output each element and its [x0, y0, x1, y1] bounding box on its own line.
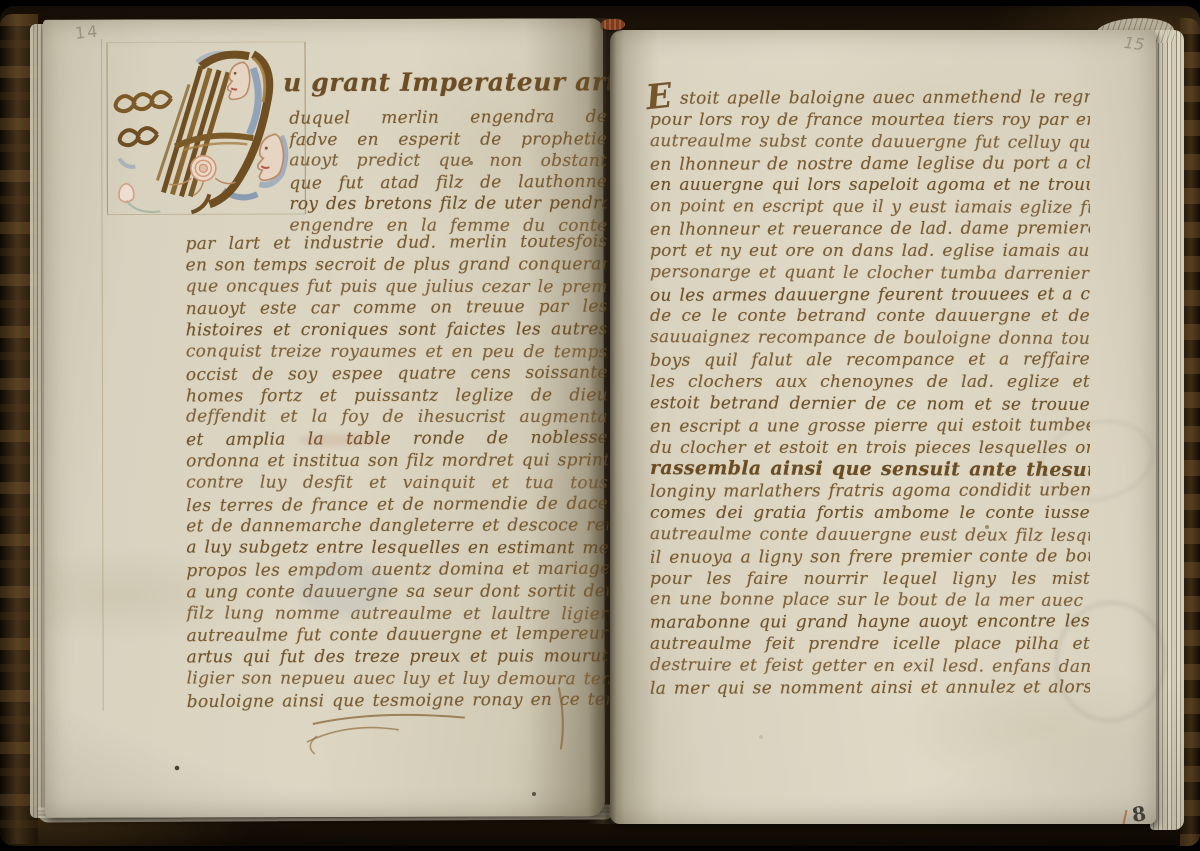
manuscript-line: longiny marlathers fratris agoma condidi…	[650, 480, 1090, 503]
manuscript-line: histoires et croniques sont faictes les …	[186, 319, 608, 342]
manuscript-line: autreaulme feit prendre icelle place pil…	[650, 634, 1090, 656]
manuscript-line: personarge et quant le clocher tumba dar…	[650, 262, 1090, 286]
manuscript-line: autreaulme subst conte dauuergne fut cel…	[650, 131, 1090, 155]
manuscript-line: occist de soy espee quatre cens soissant…	[186, 362, 608, 386]
manuscript-line: stoit apelle baloigne auec anmethend le …	[650, 88, 1090, 111]
manuscript-line: propos les empdom auentz domina et maria…	[186, 558, 608, 582]
manuscript-line: auoyt predict que non obstant	[289, 151, 607, 173]
margin-rule	[101, 39, 104, 711]
manuscript-line: a ung conte dauuergne sa seur dont sorti…	[186, 581, 608, 604]
manuscript-line: les terres de france et de normendie de …	[186, 493, 608, 517]
folio-number-right: 15	[1123, 33, 1146, 54]
manuscript-line: et amplia la table ronde de noblesse	[186, 428, 608, 452]
illuminated-initial-artwork	[105, 40, 307, 217]
manuscript-line: autreaulme fut conte dauuergne et lemper…	[187, 624, 609, 648]
flourish-strokes	[301, 683, 601, 768]
descender-flourish	[301, 683, 601, 772]
manuscript-line: que fut atad filz de lauthonne	[289, 171, 607, 195]
manuscript-line: sauuaignez recompance de bouloigne donna…	[650, 327, 1090, 351]
manuscript-line: comes dei gratia fortis ambome le conte …	[650, 503, 1090, 525]
manuscript-line: a luy subgetz entre lesquelles en estima…	[186, 538, 608, 561]
manuscript-line: on point en escript que il y eust iamais…	[650, 196, 1090, 220]
manuscript-line: en une bonne place sur le bout de la mer…	[650, 589, 1090, 613]
manuscript-line: de ce le conte betrand conte dauuergne e…	[650, 306, 1090, 328]
manuscript-line: et de dannemarche dangleterre et descoce…	[186, 516, 608, 539]
manuscript-line: duquel merlin engendra de	[289, 107, 607, 130]
manuscript-line: fadve en esperit de prophetie	[289, 129, 607, 151]
manuscript-line: homes fortz et puissantz leglize de dieu	[186, 385, 608, 408]
manuscript-line: en lhonneur et reuerance de lad. dame pr…	[650, 218, 1090, 241]
manuscript-line: port et ny eut ore on dans lad. eglise i…	[650, 241, 1090, 263]
manuscript-line: ordonna et institua son filz mordret qui…	[186, 450, 608, 473]
orange-mark	[1123, 810, 1128, 824]
manuscript-line: boys quil falut ale recompance et a reff…	[650, 349, 1090, 372]
manuscript-line: en son temps secroit de plus grand conqu…	[186, 254, 608, 277]
manuscript-line: pour lors roy de france mourtea tiers ro…	[650, 110, 1090, 132]
manuscript-line: par lart et industrie dud. merlin toutes…	[186, 232, 608, 256]
headband	[601, 19, 625, 30]
right-page: 15 E stoit apelle baloigne auec anmethen…	[610, 30, 1156, 824]
photo-background: 14	[0, 0, 1200, 851]
dust-specks	[0, 6, 2, 8]
illuminated-initial	[105, 40, 307, 217]
left-side-lines: duquel merlin engendra defadve en esperi…	[289, 107, 607, 240]
manuscript-line: ou les armes dauuergne feurent trouuees …	[650, 284, 1090, 307]
manuscript-line: roy des bretons filz de uter pendragon	[289, 194, 607, 216]
chapter-heading: u grant Imperateur artus	[283, 67, 651, 98]
manuscript-line: conquist treize royaumes et en peu de te…	[186, 341, 608, 364]
manuscript-line: artus qui fut des treze preux et puis mo…	[187, 646, 609, 669]
left-text-block: par lart et industrie dud. merlin toutes…	[186, 232, 609, 717]
manuscript-line: nauoyt este car comme on treuue par les	[186, 297, 608, 321]
manuscript-line: que oncques fut puis que julius cezar le…	[186, 276, 608, 299]
manuscript-line: les clochers aux chenoynes de lad. egliz…	[650, 372, 1090, 394]
manuscript-line: en escript a une grosse pierre qui estoi…	[650, 415, 1090, 438]
manuscript-line: filz lung nomme autreaulme et laultre li…	[186, 603, 608, 626]
manuscript-line: pour les faire nourrir lequel ligny les …	[650, 569, 1090, 591]
manuscript-line: marabonne qui grand hayne auoyt encontre…	[650, 611, 1090, 634]
manuscript-line: en auuergne qui lors sapeloit agoma et n…	[650, 175, 1090, 197]
left-page: 14	[43, 18, 605, 817]
corner-number: 8	[1130, 801, 1147, 827]
book: 14	[0, 6, 1200, 846]
manuscript-line: destruire et feist getter en exil lesd. …	[650, 655, 1090, 679]
manuscript-line: la mer qui se nomment ainsi et annulez e…	[650, 677, 1090, 700]
manuscript-line: contre luy desfit et vainquit et tua tou…	[186, 472, 608, 495]
manuscript-line: il enuoya a ligny son frere premier cont…	[650, 546, 1090, 569]
manuscript-line: du clocher et estoit en trois pieces les…	[650, 438, 1090, 460]
manuscript-line: deffendit et la foy de ihesucrist augmen…	[186, 407, 608, 430]
manuscript-line: autreaulme conte dauuergne eust deux fil…	[650, 524, 1090, 548]
manuscript-line: en lhonneur de nostre dame leglise du po…	[650, 153, 1090, 176]
manuscript-line: estoit betrand dernier de ce nom et se t…	[650, 393, 1090, 417]
folio-number-left: 14	[74, 22, 100, 43]
manuscript-line: rassembla ainsi que sensuit ante thesuus…	[650, 458, 1090, 482]
right-text-block: stoit apelle baloigne auec anmethend le …	[650, 88, 1090, 706]
